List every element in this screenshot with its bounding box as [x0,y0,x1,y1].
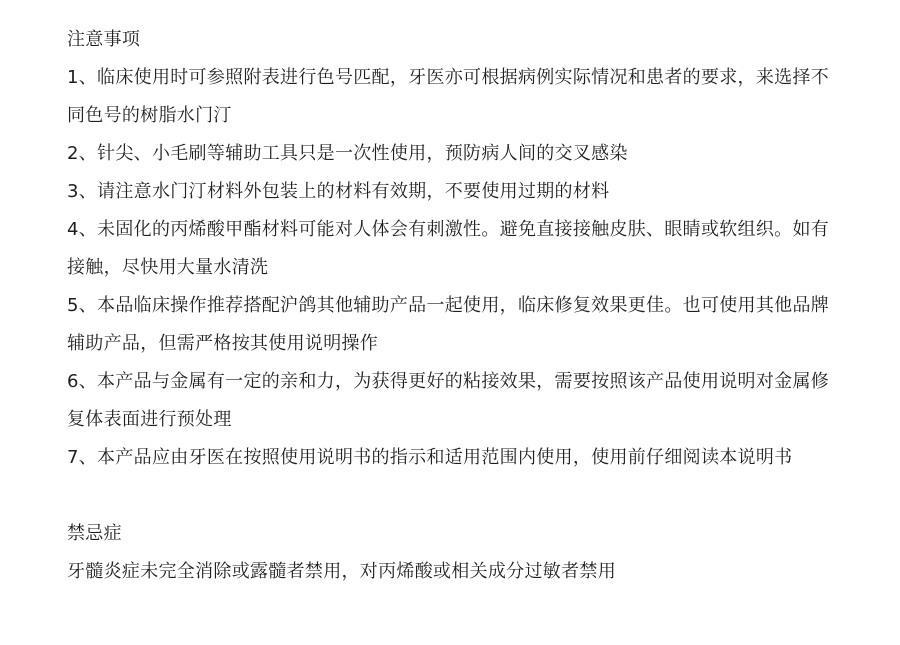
precaution-item-4: 4、未固化的丙烯酸甲酯材料可能对人体会有刺激性。避免直接接触皮肤、眼睛或软组织。… [67,211,841,287]
contraindications-section: 禁忌症 牙髓炎症未完全消除或露髓者禁用，对丙烯酸或相关成分过敏者禁用 [67,515,841,591]
precaution-item-5: 5、本品临床操作推荐搭配沪鸽其他辅助产品一起使用，临床修复效果更佳。也可使用其他… [67,287,841,363]
precaution-item-2: 2、针尖、小毛刷等辅助工具只是一次性使用，预防病人间的交叉感染 [67,135,841,173]
contraindications-heading: 禁忌症 [67,515,841,553]
precautions-section: 注意事项 1、临床使用时可参照附表进行色号匹配，牙医亦可根据病例实际情况和患者的… [67,21,841,477]
precaution-item-7: 7、本产品应由牙医在按照使用说明书的指示和适用范围内使用，使用前仔细阅读本说明书 [67,439,841,477]
contraindications-text: 牙髓炎症未完全消除或露髓者禁用，对丙烯酸或相关成分过敏者禁用 [67,553,841,591]
document-body: 注意事项 1、临床使用时可参照附表进行色号匹配，牙医亦可根据病例实际情况和患者的… [67,21,841,591]
precaution-item-6: 6、本产品与金属有一定的亲和力，为获得更好的粘接效果，需要按照该产品使用说明对金… [67,363,841,439]
precaution-item-1: 1、临床使用时可参照附表进行色号匹配，牙医亦可根据病例实际情况和患者的要求，来选… [67,59,841,135]
section-spacer [67,477,841,515]
precaution-item-3: 3、请注意水门汀材料外包装上的材料有效期，不要使用过期的材料 [67,173,841,211]
precautions-heading: 注意事项 [67,21,841,59]
